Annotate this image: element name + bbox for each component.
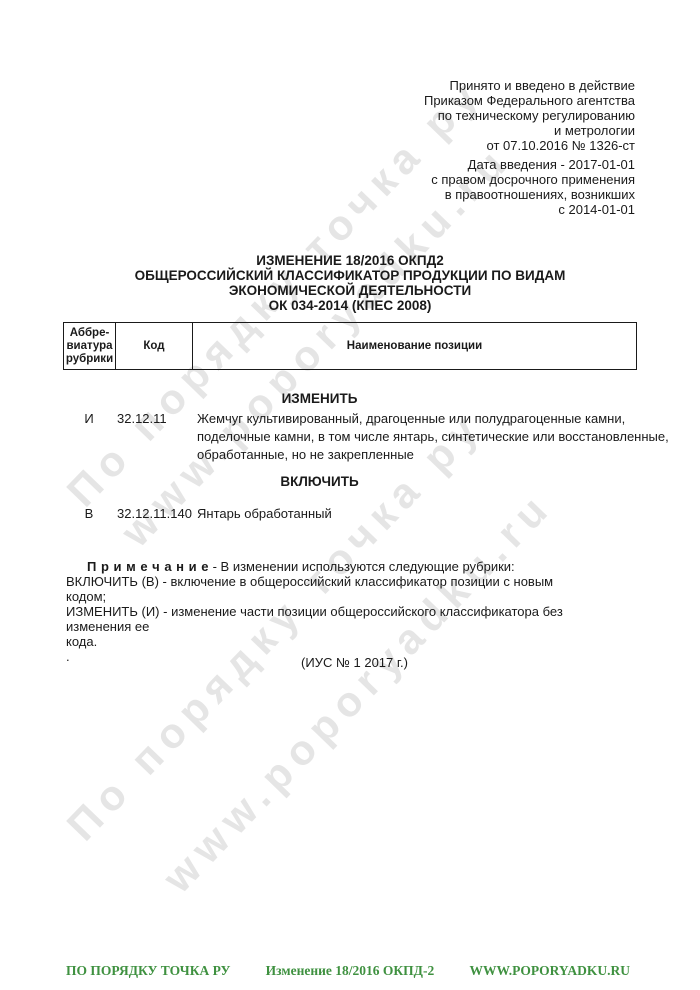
effective-date-block: Дата введения - 2017-01-01 с правом доср… bbox=[431, 157, 635, 217]
approval-line: Приказом Федерального агентства bbox=[424, 93, 635, 108]
effective-line: с 2014-01-01 bbox=[431, 202, 635, 217]
title-line: ОБЩЕРОССИЙСКИЙ КЛАССИФИКАТОР ПРОДУКЦИИ П… bbox=[0, 268, 700, 283]
page-footer: ПО ПОРЯДКУ ТОЧКА РУ Изменение 18/2016 ОК… bbox=[66, 963, 630, 979]
row-change-abbr: И bbox=[63, 410, 115, 428]
note-line: кода. bbox=[66, 634, 582, 649]
footer-document-name: Изменение 18/2016 ОКПД-2 bbox=[266, 963, 435, 979]
note-line: ВКЛЮЧИТЬ (В) - включение в общероссийски… bbox=[66, 574, 582, 604]
approval-line: и метрологии bbox=[424, 123, 635, 138]
effective-line: в правоотношениях, возникших bbox=[431, 187, 635, 202]
watermark-url-lower: www.poporyadku.ru bbox=[156, 484, 560, 900]
approval-block: Принято и введено в действие Приказом Фе… bbox=[424, 78, 635, 153]
note-block: П р и м е ч а н и е - В изменении исполь… bbox=[66, 559, 582, 664]
note-intro-line: П р и м е ч а н и е - В изменении исполь… bbox=[66, 559, 582, 574]
note-line: ИЗМЕНИТЬ (И) - изменение части позиции о… bbox=[66, 604, 582, 634]
ius-reference: (ИУС № 1 2017 г.) bbox=[66, 655, 643, 670]
row-include-code: 32.12.11.140 bbox=[117, 505, 192, 523]
name-header-label: Наименование позиции bbox=[347, 340, 482, 353]
document-title: ИЗМЕНЕНИЕ 18/2016 ОКПД2 ОБЩЕРОССИЙСКИЙ К… bbox=[0, 253, 700, 313]
approval-line: по техническому регулированию bbox=[424, 108, 635, 123]
row-include-name-line: Янтарь обработанный bbox=[197, 505, 332, 523]
effective-line: Дата введения - 2017-01-01 bbox=[431, 157, 635, 172]
row-change-name-line: Жемчуг культивированный, драгоценные или… bbox=[197, 410, 669, 428]
row-include-name: Янтарь обработанный bbox=[197, 505, 332, 523]
approval-line: Принято и введено в действие bbox=[424, 78, 635, 93]
row-change-code: 32.12.11 bbox=[117, 410, 167, 428]
row-change-name-line: поделочные камни, в том числе янтарь, си… bbox=[197, 428, 669, 446]
abbr-header-line: виатура bbox=[66, 340, 112, 353]
row-include-abbr: В bbox=[63, 505, 115, 523]
row-change-name: Жемчуг культивированный, драгоценные или… bbox=[197, 410, 669, 464]
note-intro: - В изменении используются следующие руб… bbox=[209, 559, 515, 574]
footer-site-name: ПО ПОРЯДКУ ТОЧКА РУ bbox=[66, 963, 230, 979]
document-page: По порядку точка ру www.poporyadku.ru По… bbox=[0, 0, 700, 990]
title-line: ЭКОНОМИЧЕСКОЙ ДЕЯТЕЛЬНОСТИ bbox=[0, 283, 700, 298]
effective-line: с правом досрочного применения bbox=[431, 172, 635, 187]
column-header-code: Код bbox=[116, 323, 193, 369]
abbr-header-line: рубрики bbox=[66, 353, 113, 366]
abbr-header-line: Аббре- bbox=[70, 327, 110, 340]
note-label: П р и м е ч а н и е bbox=[87, 559, 209, 574]
section-heading-change: ИЗМЕНИТЬ bbox=[66, 391, 573, 406]
row-change-name-line: обработанные, но не закрепленные bbox=[197, 446, 669, 464]
classifier-table-header: Аббре- виатура рубрики Код Наименование … bbox=[63, 322, 637, 370]
column-header-name: Наименование позиции bbox=[193, 323, 636, 369]
footer-site-url: WWW.POPORYADKU.RU bbox=[469, 963, 630, 979]
title-line: ОК 034-2014 (КПЕС 2008) bbox=[0, 298, 700, 313]
code-header-label: Код bbox=[143, 340, 164, 353]
approval-line: от 07.10.2016 № 1326-ст bbox=[424, 138, 635, 153]
section-heading-include: ВКЛЮЧИТЬ bbox=[66, 474, 573, 489]
title-line: ИЗМЕНЕНИЕ 18/2016 ОКПД2 bbox=[0, 253, 700, 268]
column-header-abbr: Аббре- виатура рубрики bbox=[64, 323, 116, 369]
